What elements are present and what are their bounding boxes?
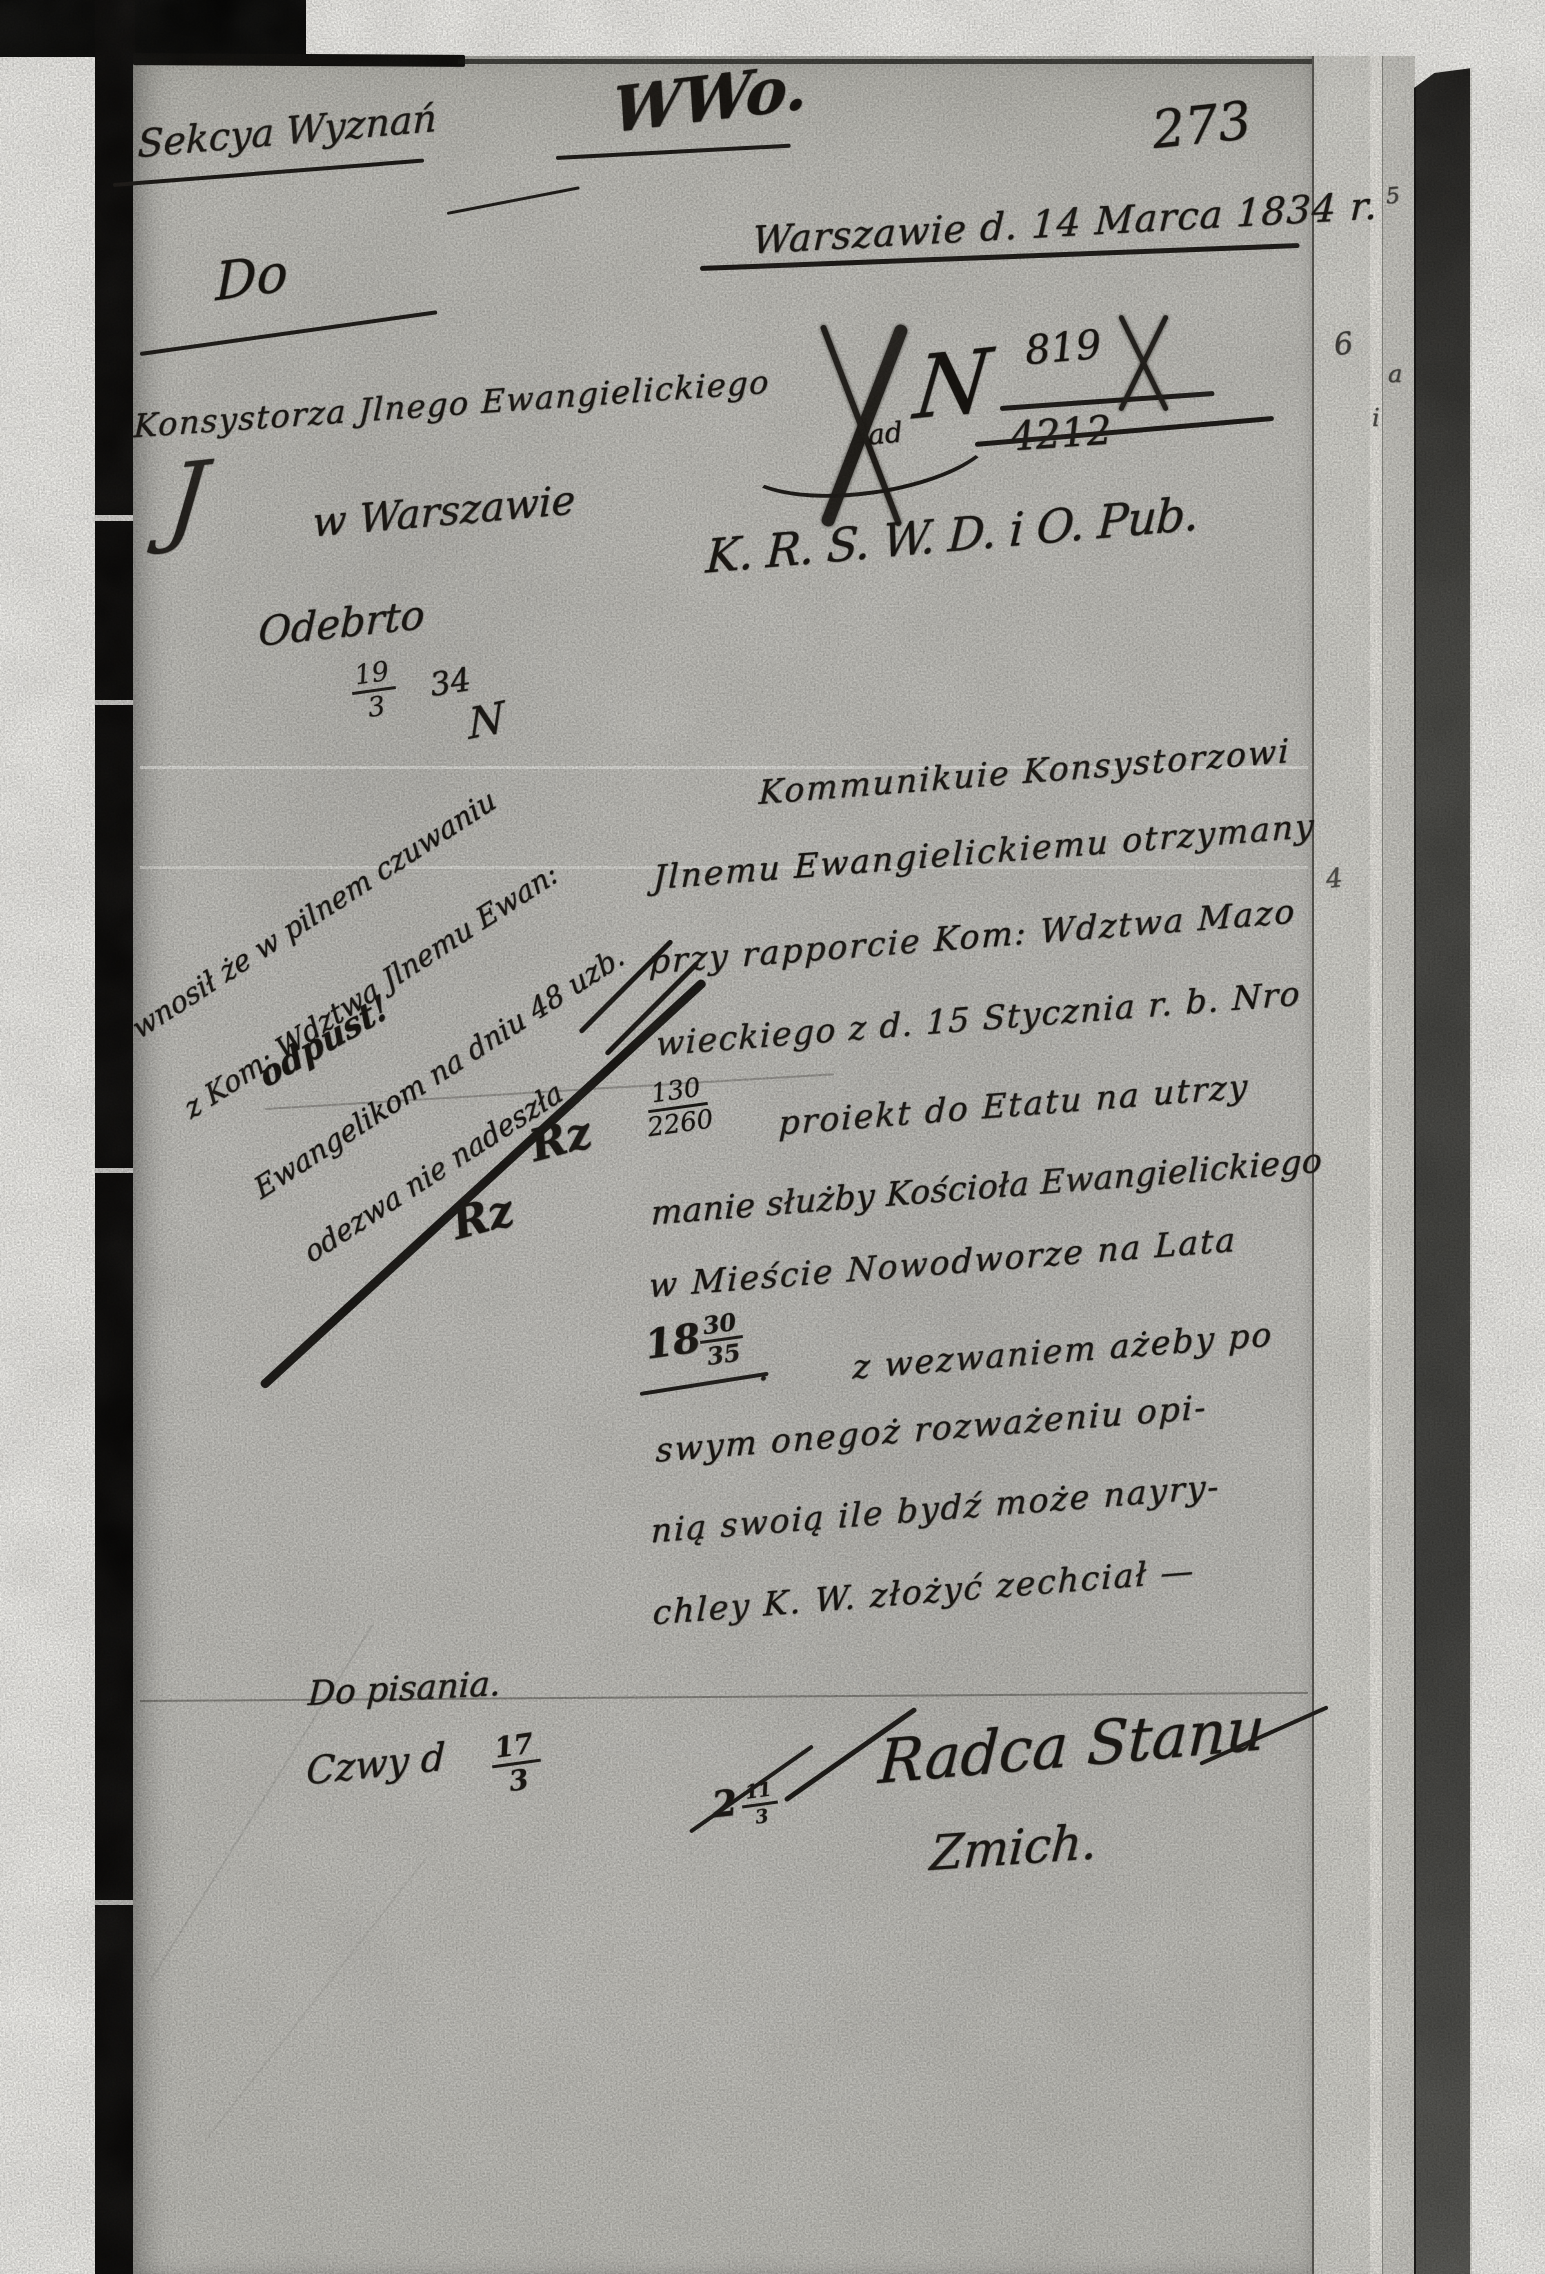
years-suffix: .: [758, 1352, 769, 1386]
ad-label: ad: [867, 419, 904, 450]
scan-gap: [58, 1900, 142, 1905]
corner-black-area: [0, 0, 306, 57]
edge-mark: a: [1388, 362, 1402, 386]
received-date-fraction: 19 3: [348, 657, 400, 724]
page-edge-strip: [1382, 56, 1415, 2274]
years-fraction: 30 35: [696, 1309, 747, 1370]
received-n-mark: N: [468, 696, 505, 746]
reference-n-initial: N: [911, 337, 995, 432]
scan-gap: [60, 1168, 140, 1173]
page-top-edge: [133, 53, 465, 67]
body-ref-fraction: 130 2260: [641, 1074, 715, 1142]
clerk-date-fraction: 17 3: [488, 1729, 545, 1798]
closing-cross-mark: [1105, 310, 1177, 416]
docket-fraction: 11 3: [739, 1780, 781, 1830]
scan-gap: [55, 700, 140, 705]
scanned-letter: Sekcya Wyznań WWo. 273 Warszawie d. 14 M…: [0, 0, 1545, 2274]
binding-bar: [95, 0, 135, 2274]
received-day: 19: [348, 657, 396, 695]
clerk-date-num: 17: [488, 1729, 541, 1768]
docket-den: 3: [754, 1805, 770, 1828]
clerk-note-line1: Do pisania.: [307, 1667, 501, 1711]
page-number: 273: [1150, 95, 1254, 157]
edge-mark: 5: [1385, 185, 1401, 208]
years-prefix: 18: [642, 1318, 703, 1365]
received-month: 3: [366, 691, 387, 722]
years-den: 35: [705, 1339, 742, 1369]
edge-mark: 4: [1325, 865, 1344, 893]
edge-mark: 6: [1332, 329, 1355, 361]
edge-mark: i: [1372, 406, 1380, 430]
reference-number-new: 819: [1023, 325, 1103, 372]
page-top-edge: [458, 59, 1312, 64]
scan-gap: [58, 515, 140, 521]
page-edge-sliver: [1370, 56, 1382, 2274]
address-to-label: Do: [215, 247, 287, 310]
signature-secretary: Zmich.: [929, 1818, 1099, 1878]
clerk-date-den: 3: [507, 1764, 530, 1796]
received-year: 34: [428, 663, 473, 701]
page-block-shadow: [1414, 68, 1472, 2274]
